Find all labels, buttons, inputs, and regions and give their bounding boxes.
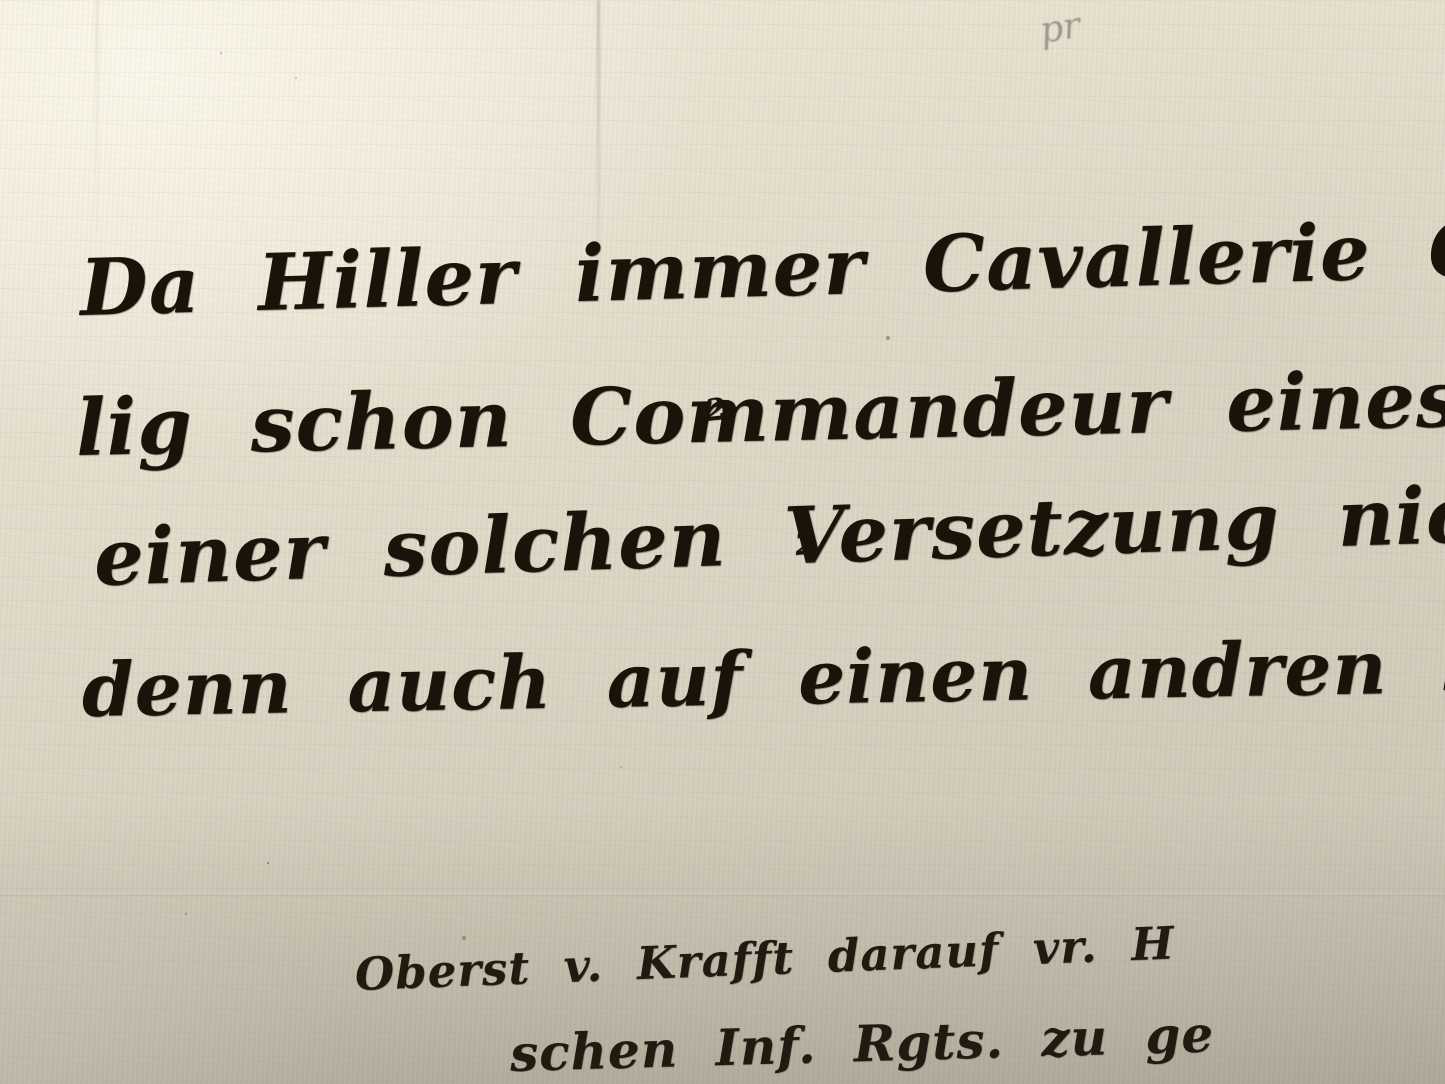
manuscript-photo: pr Da Hiller immer Cavallerie Offizi lig…: [0, 0, 1445, 1084]
abbreviation-breve-mark-2: 2: [793, 526, 817, 563]
paper-specks: [267, 862, 269, 864]
abbreviation-breve-mark-1: 2: [703, 392, 727, 429]
pencil-mark: pr: [1037, 5, 1083, 52]
